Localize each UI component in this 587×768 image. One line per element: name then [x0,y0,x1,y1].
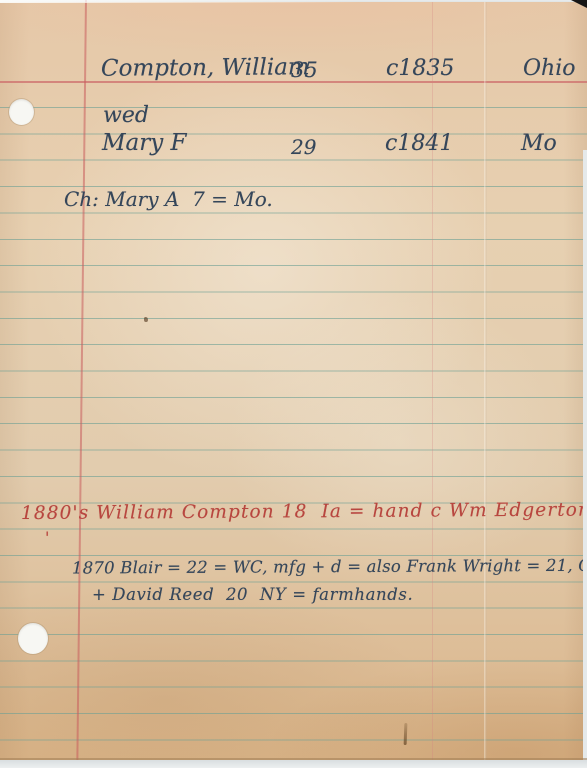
head-of-household-age: 35 [291,59,318,82]
ledger-paper-sheet: Compton, William 35 c1835 Ohio wed Mary … [0,2,587,760]
spouse-birthyear: c1841 [385,132,453,156]
punch-hole-bottom [18,623,48,654]
note-1870-census-line1: 1870 Blair = 22 = WC, mfg + d = also Fra… [72,557,587,578]
scanned-page: Compton, William 35 c1835 Ohio wed Mary … [0,0,587,768]
corner-shadow-triangle [571,0,587,8]
vertical-crease [484,2,487,760]
note-1870-census-line2: + David Reed 20 NY = farmhands. [92,586,413,604]
wed-label: wed [103,104,149,128]
spouse-birthplace: Mo [521,132,557,156]
scanner-bottom-strip [0,760,587,768]
head-of-household-birthplace: Ohio [523,57,576,81]
faint-pink-vertical-line [432,2,433,760]
scanner-top-edge [0,0,360,3]
ink-speck [144,317,148,322]
head-of-household-birthyear: c1835 [386,57,454,81]
scanner-right-edge [583,150,587,760]
spouse-age: 29 [291,136,316,158]
stray-red-mark: ' [45,529,49,547]
head-of-household-name: Compton, William [101,55,310,82]
note-1880-census: 1880's William Compton 18 Ia = hand c Wm… [21,500,587,524]
punch-hole-top [9,99,34,125]
children-line: Ch: Mary A 7 = Mo. [64,188,273,210]
spouse-name: Mary F [102,131,187,156]
